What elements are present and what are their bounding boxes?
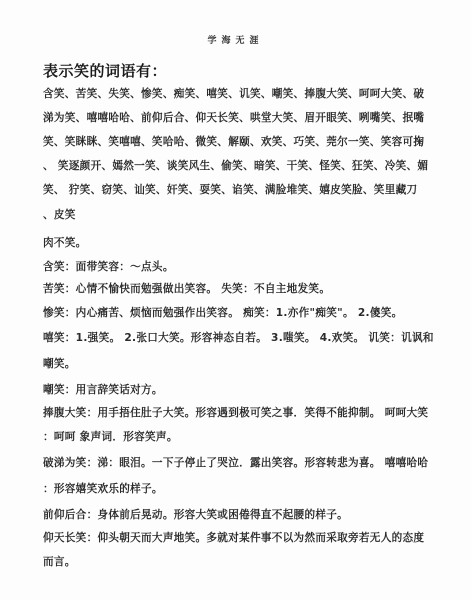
text-line: 嘲笑。 [43, 357, 438, 371]
text-line: 嘻笑：1.强笑。 2.张口大笑。形容神态自若。 3.嗤笑。 4.欢笑。 讥笑：讥… [43, 331, 438, 345]
text-line: 惨笑：内心痛苦、烦恼而勉强作出笑容。 痴笑：1.亦作"痴笑"。 2.傻笑。 [43, 306, 438, 320]
text-line: 前仰后合：身体前后晃动。形容大笑或困倦得直不起腰的样子。 [43, 508, 438, 522]
text-line: 而言。 [43, 555, 438, 569]
text-line: 涕为笑、嘻嘻哈哈、前仰后合、仰天长笑、哄堂大笑、眉开眼笑、咧嘴笑、抿嘴 [43, 111, 438, 125]
page-header: 学海无涯 [0, 33, 471, 46]
text-line: 捧腹大笑：用手捂住肚子大笑。形容遇到极可笑之事．笑得不能抑制。 呵呵大笑 [43, 406, 438, 420]
text-line: 苦笑：心情不愉快而勉强做出笑容。 失笑：不自主地发笑。 [43, 282, 438, 296]
text-line: 嘲笑：用言辞笑话对方。 [43, 383, 438, 397]
document-page: 学海无涯 表示笑的词语有： 含笑、苦笑、失笑、惨笑、痴笑、嘻笑、讥笑、嘲笑、捧腹… [0, 0, 471, 600]
text-line: ：形容嬉笑欢乐的样子。 [43, 482, 438, 496]
section-title: 表示笑的词语有： [43, 60, 167, 81]
text-line: 含笑：面带笑容：～点头。 [43, 260, 438, 274]
text-line: 、皮笑 [43, 208, 438, 222]
text-line: 仰天长笑：仰头朝天而大声地笑。多就对某件事不以为然而采取旁若无人的态度 [43, 531, 438, 545]
text-line: 、 笑逐颜开、嫣然一笑、谈笑风生、偷笑、暗笑、干笑、怪笑、狂笑、冷笑、媚 [43, 159, 438, 173]
text-line: 肉不笑。 [43, 236, 438, 250]
text-line: ：呵呵 象声词．形容笑声。 [43, 430, 438, 444]
text-line: 破涕为笑：涕：眼泪。一下子停止了哭泣．露出笑容。形容转悲为喜。 嘻嘻哈哈 [43, 456, 438, 470]
text-line: 笑、笑眯眯、笑嘻嘻、笑哈哈、微笑、解颐、欢笑、巧笑、莞尔一笑、笑容可掬 [43, 135, 438, 149]
text-line: 含笑、苦笑、失笑、惨笑、痴笑、嘻笑、讥笑、嘲笑、捧腹大笑、呵呵大笑、破 [43, 87, 438, 101]
text-line: 笑、 狞笑、窃笑、讪笑、奸笑、耍笑、谄笑、满脸堆笑、嬉皮笑脸、笑里藏刀 [43, 183, 438, 197]
